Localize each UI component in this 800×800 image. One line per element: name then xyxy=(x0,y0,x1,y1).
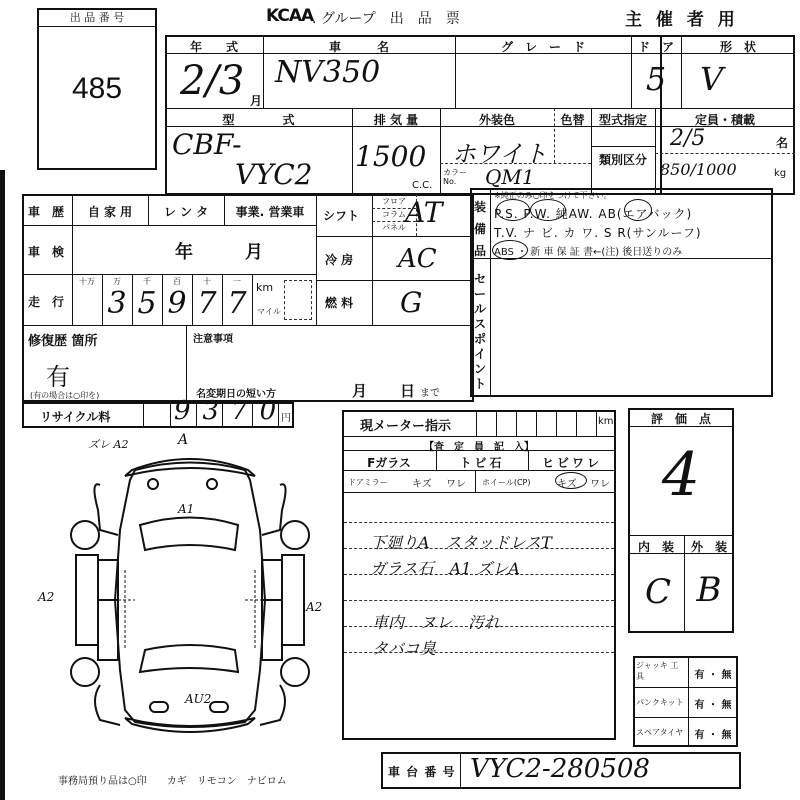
color-value: ホワイト xyxy=(452,134,547,169)
month-suffix: 月 xyxy=(250,92,262,109)
history-label: 車 歴 xyxy=(28,203,64,220)
damage-mark-rear: AU2 xyxy=(185,692,211,706)
history-private[interactable]: 自 家 用 xyxy=(72,203,148,220)
lot-number-box: 出 品 番 号 485 xyxy=(37,8,157,170)
equipment-label: 装備品 xyxy=(474,196,488,262)
shape-value: V xyxy=(700,60,723,98)
circle-wheel-scratch xyxy=(555,472,587,489)
accessory-jack-label: ジャッキ 工具 xyxy=(636,660,686,682)
chassis-value: VYC2-280508 xyxy=(470,754,650,784)
accessory-jack-value[interactable]: 有 ・ 無 xyxy=(688,666,738,681)
accessory-puncture-value[interactable]: 有 ・ 無 xyxy=(688,696,738,711)
model-value-1: CBF- xyxy=(172,128,242,161)
office-items-footer: 事務局預り品は○印 カギ リモコン ナビロム xyxy=(58,772,287,787)
accessory-spare-label: スペアタイヤ xyxy=(636,727,683,738)
history-rental[interactable]: レ ン タ xyxy=(148,203,224,220)
history-commercial[interactable]: 事業. 営業車 xyxy=(224,203,316,220)
circle-abs xyxy=(492,240,528,260)
mileage-digit: 5 xyxy=(132,286,162,321)
repair-note: (有の場合は○印を) xyxy=(30,390,99,401)
color-no-label: カラー No. xyxy=(443,168,469,186)
grade-label: グ レ ー ド xyxy=(455,38,631,55)
mileage-unit-mile: マイル xyxy=(257,306,281,317)
color-no-value: QM1 xyxy=(485,165,535,189)
car-name-label: 車 名 xyxy=(263,38,455,55)
damage-mark-front: A xyxy=(178,432,188,448)
fuel-label: 燃 料 xyxy=(325,294,353,311)
type-designation-label: 型式指定 xyxy=(591,111,655,128)
name-change-day: 日 xyxy=(400,380,415,401)
ac-value: AC xyxy=(398,244,437,274)
inspection-label: 車 検 xyxy=(28,243,64,260)
lot-number-label: 出 品 番 号 xyxy=(39,10,155,27)
mileage-digit: 7 xyxy=(192,286,222,321)
displacement-value: 1500 xyxy=(355,140,426,173)
damage-mark-left: A2 xyxy=(38,590,54,604)
mirror-scratch[interactable]: キズ xyxy=(412,475,432,490)
color-label: 外装色 xyxy=(440,111,554,128)
model-label: 型 式 xyxy=(165,111,352,128)
capacity-persons-unit: 名 xyxy=(776,134,788,151)
exterior-label: 外 装 xyxy=(684,538,734,555)
chassis-label: 車 台 番 号 xyxy=(388,763,456,780)
score-value: 4 xyxy=(628,440,734,510)
meter-label: 現メーター指示 xyxy=(360,415,451,434)
capacity-load-unit: kg xyxy=(774,168,786,179)
shape-label: 形 状 xyxy=(681,38,795,55)
car-name-value: NV350 xyxy=(275,55,380,90)
capacity-persons: 2/5 xyxy=(670,126,705,151)
mirror-crack[interactable]: ワレ xyxy=(446,475,466,490)
inspector-note-1: 下廻りA スタッドレスT xyxy=(370,530,552,553)
repair-label: 修復歴 箇所 xyxy=(28,330,98,349)
model-value-2: VYC2 xyxy=(235,158,312,191)
name-change-month: 月 xyxy=(352,380,367,401)
mileage-unit-checkbox[interactable] xyxy=(284,280,312,320)
year-value: 2/3 xyxy=(180,58,244,104)
ac-label: 冷 房 xyxy=(325,251,353,268)
wheel-crack[interactable]: ワレ xyxy=(590,475,610,490)
form-title: . グループ 出 品 票 xyxy=(312,8,460,28)
accessory-puncture-label: パンクキット xyxy=(636,697,684,708)
damage-mark-right: A2 xyxy=(306,600,322,614)
glass-crack[interactable]: ヒビワレ xyxy=(528,454,616,471)
scan-edge xyxy=(0,170,5,800)
color-change-label: 色替 xyxy=(554,111,591,128)
inspection-year-unit: 年 xyxy=(175,238,193,264)
circle-ab xyxy=(624,199,652,221)
mileage-digit: 9 xyxy=(162,286,192,321)
inspector-note-2: ガラス石 A1 ズレA xyxy=(370,556,520,579)
circle-ps xyxy=(496,199,530,221)
recycle-label: リサイクル料 xyxy=(40,408,110,425)
interior-value: C xyxy=(628,572,688,612)
mileage-digit: 3 xyxy=(102,286,132,321)
doors-label: ド ア xyxy=(631,38,681,55)
shift-value: AT xyxy=(405,196,442,229)
mirror-label: ドアミラー xyxy=(348,477,388,488)
inspection-month-unit: 月 xyxy=(245,238,263,264)
name-change-until: まで xyxy=(420,384,440,399)
exterior-value: B xyxy=(684,570,734,610)
displacement-label: 排 気 量 xyxy=(352,111,440,128)
damage-mark-front-left: ズレ A2 xyxy=(88,436,128,452)
sales-point-label: セールスポイント xyxy=(474,272,488,392)
interior-label: 内 装 xyxy=(628,538,684,555)
inspector-header: 【査 定 員 記 入】 xyxy=(342,438,616,453)
mileage-digit: 7 xyxy=(222,286,252,321)
class-label: 類別区分 xyxy=(591,151,655,168)
recycle-unit: 円 xyxy=(281,409,291,424)
wheel-label: ホイール(CP) xyxy=(482,477,531,488)
recycle-value: 9370 xyxy=(174,396,288,426)
circle-pw xyxy=(530,199,566,221)
mileage-label: 走 行 xyxy=(28,293,64,310)
glass-chip[interactable]: トビ石 xyxy=(436,454,528,471)
shift-label: シフト xyxy=(323,207,359,224)
displacement-unit: C.C. xyxy=(412,180,432,191)
inspector-note-3: 車内 ヌレ 汚れ xyxy=(372,610,500,633)
lot-number: 485 xyxy=(39,72,155,106)
kcaa-logo: KCAA xyxy=(266,6,313,26)
copy-label: 主 催 者 用 xyxy=(625,5,739,30)
capacity-load: 850/1000 xyxy=(660,160,737,179)
mileage-unit-km: km xyxy=(256,281,273,294)
glass-label: Fガラス xyxy=(342,454,436,471)
repair-value: 有 xyxy=(46,357,70,392)
meter-unit: km xyxy=(598,416,614,427)
damage-mark-hood: A1 xyxy=(178,502,194,516)
inspector-note-4: タバコ臭 xyxy=(372,636,436,659)
fuel-value: G xyxy=(400,286,422,319)
equipment-line-2: T.V. ナ ビ. カ ワ. S R(サンルーフ) xyxy=(494,224,702,241)
caution-label: 注意事項 xyxy=(193,330,233,345)
doors-value: 5 xyxy=(631,60,681,98)
year-label: 年 式 xyxy=(165,38,263,55)
mileage-digit-header: 十万 xyxy=(72,276,102,287)
score-label: 評 価 点 xyxy=(628,410,734,427)
accessory-spare-value[interactable]: 有 ・ 無 xyxy=(688,726,738,741)
